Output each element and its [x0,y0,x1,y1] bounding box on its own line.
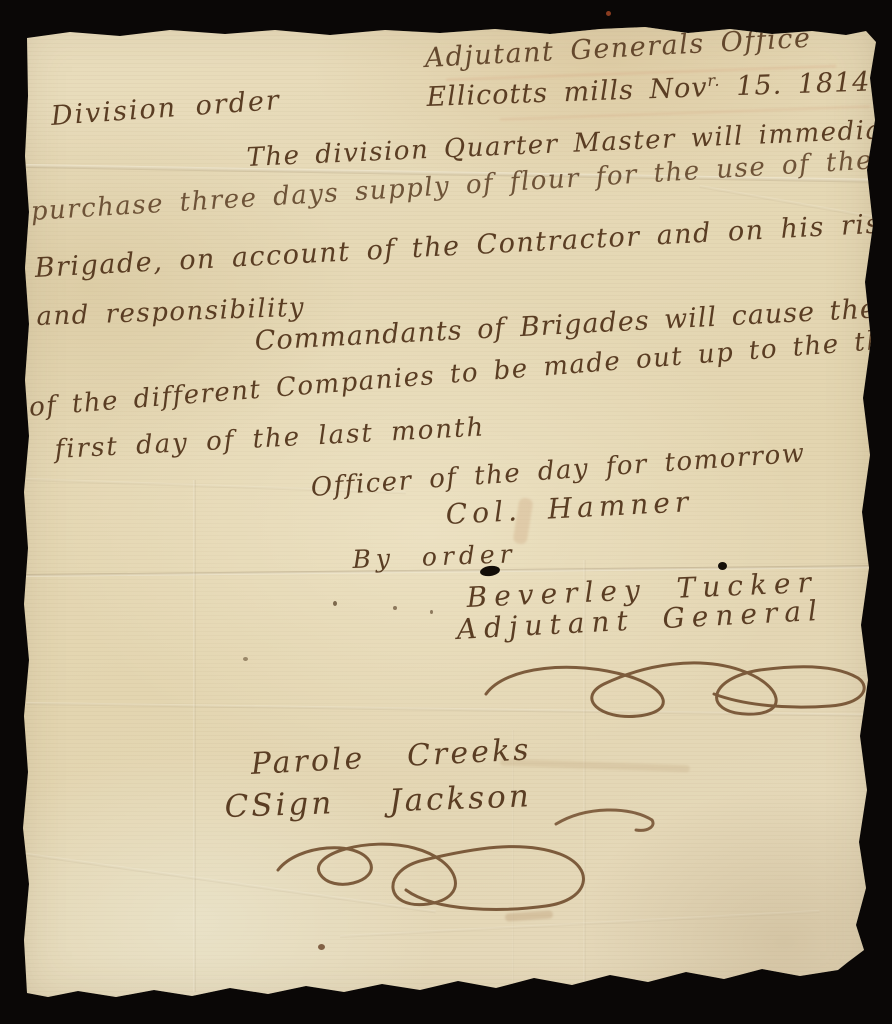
parole-value: Creeks [406,733,532,772]
date-superscript: r. [707,71,721,90]
ink-speck [393,606,397,610]
officer-name: Col. Hamner [445,487,694,531]
document-paper: Adjutant Generals Office Ellicotts mills… [0,0,892,1024]
dust-speck [606,11,611,16]
photo-background: Adjutant Generals Office Ellicotts mills… [0,0,892,1024]
by-order-line: By order [352,540,517,573]
ink-speck [333,601,337,606]
countersign-line: CSign Jackson [224,779,532,824]
ink-speck [318,944,325,950]
parole-label: Parole [250,742,366,781]
signature-flourish-icon [478,642,874,724]
countersign-flourish-icon [270,826,600,922]
ink-speck [430,610,433,614]
countersign-label: CSign [224,786,335,824]
fold-crease [193,480,196,992]
ink-speck [243,657,248,661]
countersign-value: Jackson [389,779,533,818]
parole-line: Parole Creeks [250,733,532,781]
place-date-rest: 15. 1814. [720,66,880,103]
body-line: first day of the last month [54,413,486,464]
header-place-date-line: Ellicotts mills Novr. 15. 1814. [426,66,881,113]
header-office-line: Adjutant Generals Office [424,24,812,74]
division-order-label: Division order [50,86,282,132]
